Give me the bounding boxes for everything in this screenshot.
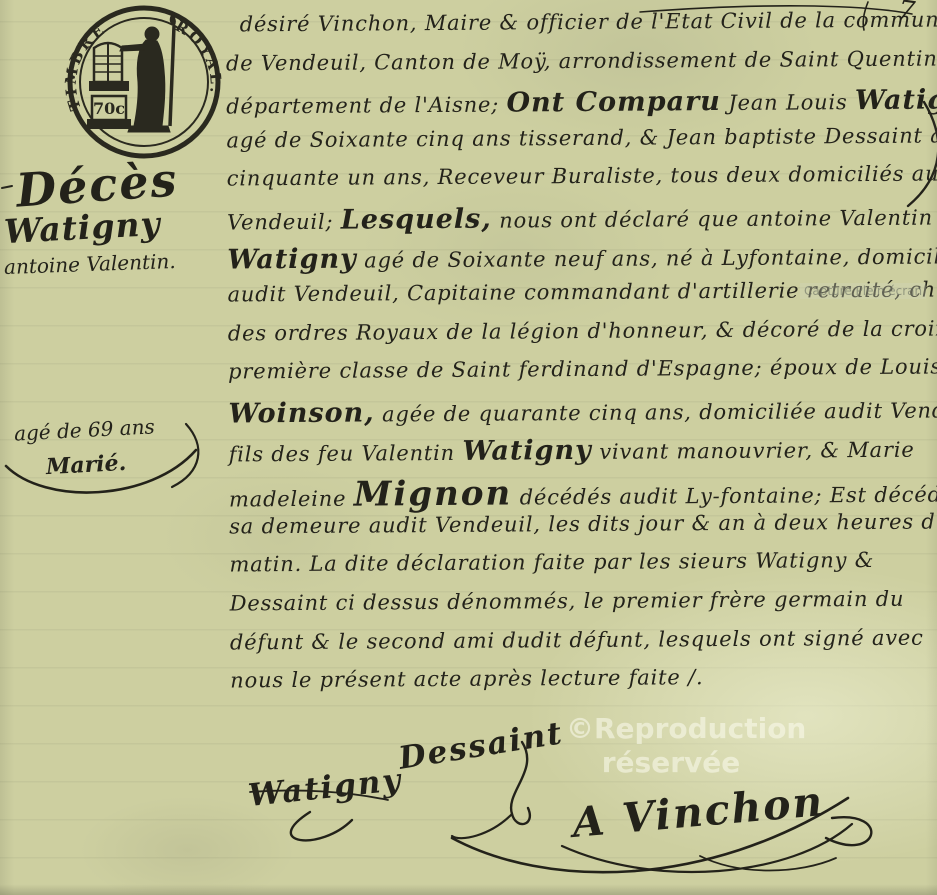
stamp-value: 70c (93, 99, 125, 118)
margin-deceased-firstnames: antoine Valentin. (4, 249, 176, 279)
body-line-segment: de Vendeuil, Canton de Moÿ, arrondisseme… (226, 46, 937, 75)
body-line-segment: agé de Soixante cinq ans tisserand, & Je… (226, 123, 937, 152)
body-line: nous le présent acte après lecture faite… (230, 664, 936, 708)
body-line-segment: Ont Comparu (506, 86, 721, 118)
body-line-segment: Watigny (462, 434, 592, 466)
body-line-segment: Lesquels, (341, 204, 492, 236)
body-line: Vendeuil; Lesquels, nous ont déclaré que… (227, 201, 933, 245)
body-line: de Vendeuil, Canton de Moÿ, arrondisseme… (226, 46, 932, 90)
body-line-segment: Vendeuil; (227, 210, 341, 235)
body-line-segment: madeleine (229, 487, 354, 512)
screen-capture-tooltip: Capture Plein écran (800, 283, 926, 299)
body-line-segment: désiré Vinchon, Maire & officier de l'Et… (240, 7, 937, 36)
body-line: matin. La dite déclaration faite par les… (229, 548, 935, 592)
body-line: agé de Soixante cinq ans tisserand, & Je… (226, 123, 932, 167)
royal-stamp-icon: TIMBRE ROYAL. (60, 4, 228, 162)
body-line: des ordres Royaux de la légion d'honneur… (228, 316, 934, 360)
body-line-segment: Watigny (227, 243, 357, 275)
body-line-segment: Jean Louis (721, 90, 855, 115)
body-line-segment: Mignon (354, 474, 513, 515)
signature-dessaint: Dessaint (396, 715, 566, 777)
royal-stamp: TIMBRE ROYAL. (60, 4, 228, 162)
body-line-segment: nous le présent acte après lecture faite… (230, 665, 703, 692)
body-line-segment: nous ont déclaré que antoine Valentin (492, 206, 933, 233)
margin-deceased-surname: Watigny (3, 204, 161, 251)
margin-age-note: agé de 69 ans (13, 414, 155, 445)
body-line-segment: décédés audit Ly-fontaine; Est décédé en (512, 482, 937, 509)
body-line: madeleine Mignon décédés audit Ly-fontai… (229, 471, 935, 515)
body-line-segment: défunt & le second ami dudit défunt, les… (230, 625, 924, 654)
body-line-segment: fils des feu Valentin (229, 440, 463, 466)
body-line-segment: département de l'Aisne; (226, 93, 506, 119)
body-line-segment: cinquante un ans, Receveur Buraliste, to… (227, 162, 937, 191)
reproduction-watermark: ©Reproduction réservée (566, 712, 776, 780)
stamp-arc-text-royal: ROYAL. (172, 17, 225, 97)
body-line-segment: des ordres Royaux de la légion d'honneur… (228, 316, 937, 345)
body-text: désiré Vinchon, Maire & officier de l'Et… (226, 8, 937, 708)
watermark-line2: réservée (566, 746, 776, 780)
body-line: désiré Vinchon, Maire & officier de l'Et… (226, 8, 932, 52)
body-line-segment: matin. La dite déclaration faite par les… (229, 548, 874, 577)
body-line: première classe de Saint ferdinand d'Esp… (228, 355, 934, 399)
body-line: Woinson, agée de quarante cinq ans, domi… (228, 393, 934, 437)
body-line: département de l'Aisne; Ont Comparu Jean… (226, 85, 932, 129)
body-line-segment: Watigny (855, 84, 937, 116)
body-line-segment: agée de quarante cinq ans, domiciliée au… (375, 398, 937, 426)
death-record-page: TIMBRE ROYAL. (0, 0, 937, 895)
body-line: Watigny agé de Soixante neuf ans, né à L… (227, 239, 933, 283)
stamp-figure-icon (120, 12, 175, 132)
body-line: défunt & le second ami dudit défunt, les… (230, 625, 936, 669)
body-line-segment: Dessaint ci dessus dénommés, le premier … (230, 587, 905, 616)
body-line: sa demeure audit Vendeuil, les dits jour… (229, 509, 935, 553)
body-line: fils des feu Valentin Watigny vivant man… (229, 432, 935, 476)
body-line-segment: Woinson, (228, 397, 374, 429)
body-line: cinquante un ans, Receveur Buraliste, to… (227, 162, 933, 206)
body-line-segment: agé de Soixante neuf ans, né à Lyfontain… (357, 244, 937, 272)
margin-marital-note: Marié. (45, 450, 126, 480)
signature-watigny: Watigny (247, 762, 404, 814)
body-line-segment: sa demeure audit Vendeuil, les dits jour… (229, 509, 937, 538)
body-line-segment: première classe de Saint ferdinand d'Esp… (228, 354, 937, 384)
watermark-line1: ©Reproduction (566, 712, 776, 746)
body-line: Dessaint ci dessus dénommés, le premier … (230, 586, 936, 630)
signature-vinchon: A Vinchon (570, 777, 826, 847)
body-line-segment: vivant manouvrier, & Marie (592, 437, 915, 463)
